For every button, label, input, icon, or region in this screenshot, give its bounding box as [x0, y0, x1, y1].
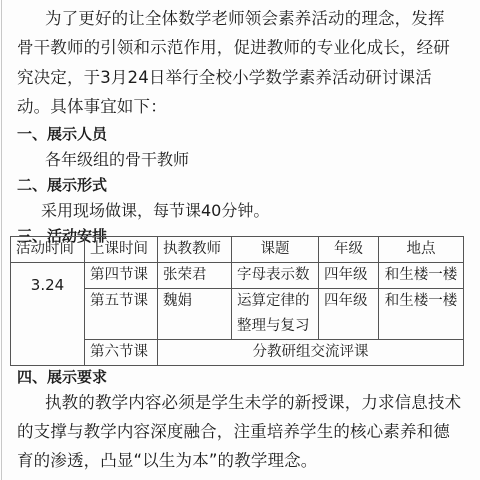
- header-location: 地点: [379, 237, 464, 263]
- section-heading-format: 二、展示形式: [17, 173, 457, 198]
- section-heading-participants: 一、展示人员: [17, 122, 457, 147]
- section-body-requirements: 执教的教学内容必须是学生未学的新授课，力求信息技术的支撑与教学内容深度融合，注重…: [17, 388, 462, 475]
- page-edge-rule: [1, 0, 2, 480]
- cell-period: 第五节课: [85, 289, 158, 340]
- section-heading-requirements: 四、展示要求: [17, 366, 462, 388]
- cell-grade: 四年级: [319, 289, 379, 340]
- header-topic: 课题: [232, 237, 319, 263]
- cell-topic: 运算定律的整理与复习: [232, 289, 319, 340]
- cell-merged-note: 分教研组交流评课: [158, 340, 464, 366]
- header-grade: 年级: [319, 237, 379, 263]
- schedule-table: 活动时间 上课时间 执教教师 课题 年级 地点 3.24 第四节课 张荣君 字母…: [10, 236, 464, 366]
- header-class-time: 上课时间: [85, 237, 158, 263]
- cell-period: 第四节课: [85, 263, 158, 289]
- table-row: 3.24 第四节课 张荣君 字母表示数 四年级 和生楼一楼: [11, 263, 464, 289]
- cell-teacher: 张荣君: [158, 263, 232, 289]
- cell-period: 第六节课: [85, 340, 158, 366]
- cell-location: 和生楼一楼: [379, 289, 464, 340]
- intro-paragraph: 为了更好的让全体数学老师领会素养活动的理念，发挥骨干教师的引领和示范作用，促进教…: [17, 4, 457, 121]
- schedule-table-container: 活动时间 上课时间 执教教师 课题 年级 地点 3.24 第四节课 张荣君 字母…: [10, 236, 464, 366]
- section-body-format: 采用现场做课，每节课40分钟。: [17, 198, 457, 223]
- cell-grade: 四年级: [319, 263, 379, 289]
- requirements-section: 四、展示要求 执教的教学内容必须是学生未学的新授课，力求信息技术的支撑与教学内容…: [17, 366, 462, 475]
- header-activity-time: 活动时间: [11, 237, 85, 263]
- cell-date: 3.24: [11, 263, 85, 366]
- section-body-participants: 各年级组的骨干教师: [17, 147, 457, 172]
- cell-location: 和生楼一楼: [379, 263, 464, 289]
- document-body: 为了更好的让全体数学老师领会素养活动的理念，发挥骨干教师的引领和示范作用，促进教…: [17, 4, 457, 249]
- cell-topic: 字母表示数: [232, 263, 319, 289]
- table-header-row: 活动时间 上课时间 执教教师 课题 年级 地点: [11, 237, 464, 263]
- header-teacher: 执教教师: [158, 237, 232, 263]
- cell-teacher: 魏娟: [158, 289, 232, 340]
